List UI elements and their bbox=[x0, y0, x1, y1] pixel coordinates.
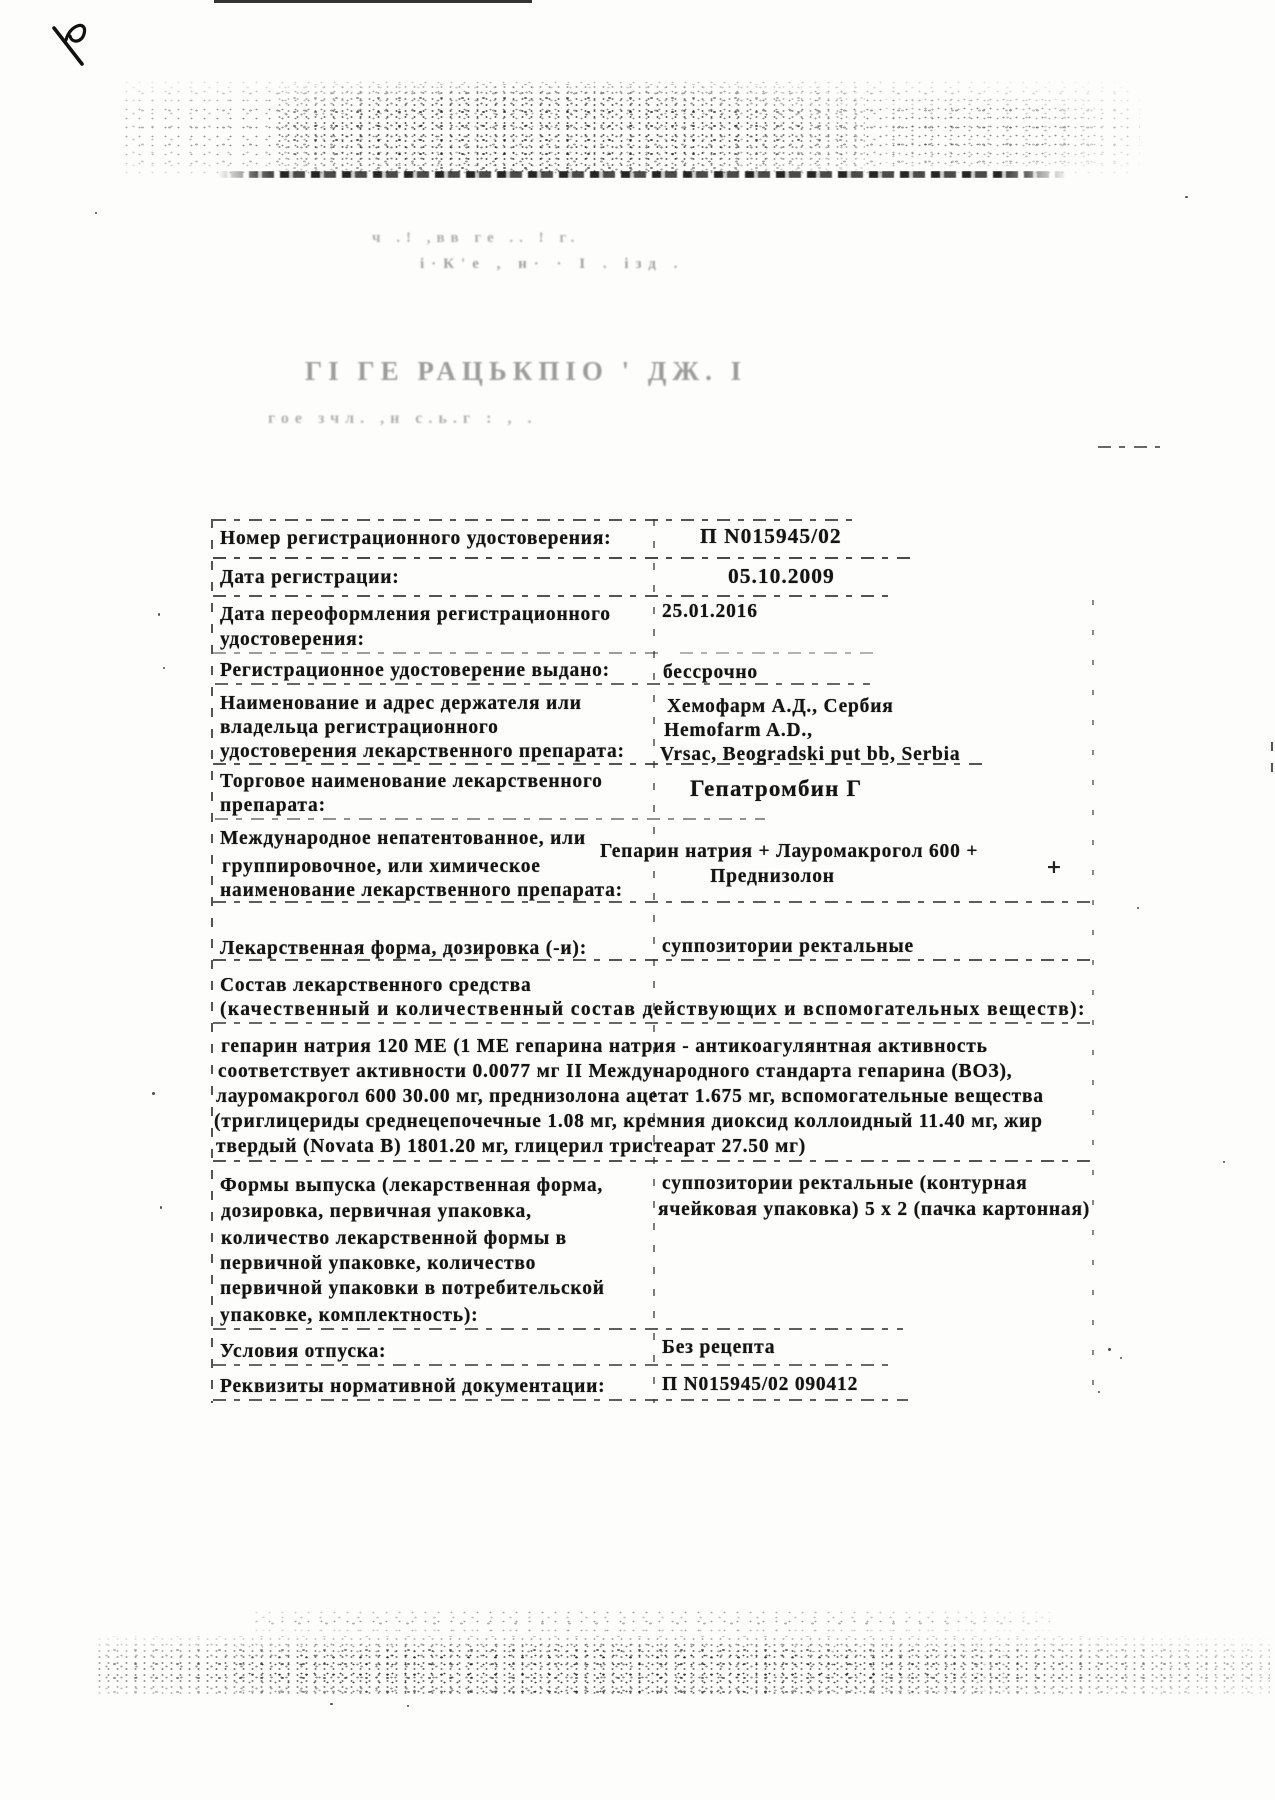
scan-speck bbox=[407, 1705, 409, 1707]
release-forms-value-line1: суппозитории ректальные (контурная bbox=[662, 1173, 1028, 1195]
scanned-registry-document: ч .! ,вв ге .. ! г. і·К'е , н· · І . ізд… bbox=[0, 0, 1275, 1800]
release-forms-label-line3: количество лекарственной формы в bbox=[221, 1228, 567, 1250]
reissue-date-label-line1: Дата переоформления регистрационного bbox=[220, 604, 611, 626]
faded-header-line-2: і·К'е , н· · І . ізд . bbox=[420, 256, 684, 273]
composition-body-line4: (триглицериды среднецепочечные 1.08 мг, … bbox=[214, 1111, 1043, 1133]
composition-body-line5: твердый (Novata B) 1801.20 мг, глицерил … bbox=[216, 1136, 806, 1158]
dispensing-label: Условия отпуска: bbox=[220, 1341, 386, 1363]
scan-speck bbox=[152, 1092, 155, 1095]
trade-name-label-line2: препарата: bbox=[220, 795, 326, 817]
inn-label-line3: наименование лекарственного препарата: bbox=[220, 880, 623, 902]
scan-speck bbox=[95, 212, 97, 214]
scan-speck bbox=[1108, 1348, 1111, 1351]
composition-body-line3: лауромакрогол 600 30.00 мг, преднизолона… bbox=[216, 1086, 1044, 1108]
scan-speck bbox=[330, 1703, 333, 1705]
faded-header-line-1: ч .! ,вв ге .. ! г. bbox=[372, 230, 580, 247]
scan-speck bbox=[158, 613, 160, 616]
row-separator bbox=[213, 1160, 1095, 1162]
holder-value-line3: Vrsac, Beogradski put bb, Serbia bbox=[660, 744, 960, 766]
composition-header-line2: (качественный и количественный состав де… bbox=[220, 999, 1086, 1021]
row-separator bbox=[213, 1022, 1098, 1024]
release-forms-label-line2: дозировка, первичная упаковка, bbox=[221, 1201, 532, 1223]
row-separator bbox=[213, 1399, 908, 1401]
scan-speck bbox=[1185, 196, 1188, 198]
trade-name-value: Гепатромбин Г bbox=[690, 776, 862, 802]
row-separator bbox=[213, 1328, 903, 1330]
row-separator bbox=[213, 1364, 893, 1366]
release-forms-label-line4: первичной упаковке, количество bbox=[220, 1253, 536, 1275]
holder-value-line1: Хемофарм А.Д., Сербия bbox=[667, 696, 894, 718]
scan-speck bbox=[160, 1206, 162, 1209]
scan-speck bbox=[1223, 1161, 1225, 1163]
inn-label-line2: группировочное, или химическое bbox=[222, 856, 541, 878]
row-separator bbox=[215, 818, 765, 820]
reg-number-label: Номер регистрационного удостоверения: bbox=[220, 528, 611, 550]
trade-name-label-line1: Торговое наименование лекарственного bbox=[220, 771, 603, 793]
holder-label-line2: владельца регистрационного bbox=[220, 717, 499, 739]
inn-label-line1: Международное непатентованное, или bbox=[220, 828, 586, 850]
stamp-noise-top-core bbox=[275, 84, 865, 172]
reg-date-label: Дата регистрации: bbox=[220, 567, 400, 589]
row-separator bbox=[680, 652, 880, 654]
composition-header-line1: Состав лекарственного средства bbox=[220, 975, 532, 997]
row-separator bbox=[213, 652, 663, 654]
reissue-date-value: 25.01.2016 bbox=[662, 601, 758, 623]
handwritten-checkmark bbox=[42, 14, 106, 72]
normative-docs-value: П N015945/02 090412 bbox=[662, 1374, 858, 1396]
illegible-print-noise-bottom-core bbox=[230, 1642, 1010, 1696]
release-forms-label-line1: Формы выпуска (лекарственная форма, bbox=[220, 1175, 603, 1197]
faded-header-line-4: гое зчл. ,н с.ь.г : , . bbox=[268, 410, 537, 428]
holder-label-line3: удостоверения лекарственного препарата: bbox=[220, 741, 625, 763]
scan-speck bbox=[1098, 1391, 1100, 1393]
issued-value: бессрочно bbox=[663, 662, 758, 684]
illegible-print-noise-bottom-sparse bbox=[250, 1608, 1050, 1632]
scan-speck bbox=[163, 667, 165, 669]
right-margin-dash bbox=[1271, 742, 1273, 772]
dosage-form-label: Лекарственная форма, дозировка (-и): bbox=[220, 938, 587, 960]
row-separator bbox=[213, 519, 853, 521]
table-right-border bbox=[1092, 600, 1094, 1403]
normative-docs-label: Реквизиты нормативной документации: bbox=[220, 1376, 605, 1398]
reg-number-value: П N015945/02 bbox=[700, 524, 842, 549]
release-forms-label-line5: первичной упаковки в потребительской bbox=[220, 1278, 605, 1300]
row-separator bbox=[213, 557, 913, 559]
scan-speck bbox=[1137, 907, 1139, 909]
stamp-noise-top-right bbox=[880, 95, 1100, 165]
inn-value-line1: Гепарин натрия + Лауромакрогол 600 + bbox=[600, 841, 945, 863]
scan-edge-artifact bbox=[214, 0, 532, 3]
inn-value-line2: Преднизолон bbox=[600, 866, 945, 888]
margin-dash bbox=[1098, 446, 1160, 448]
holder-value-line2: Hemofarm A.D., bbox=[664, 720, 813, 742]
dispensing-value: Без рецепта bbox=[662, 1337, 775, 1359]
row-separator bbox=[215, 683, 870, 685]
scan-speck bbox=[1120, 1357, 1122, 1359]
stray-plus-mark: + bbox=[1046, 856, 1062, 878]
reissue-date-label-line2: удостоверения: bbox=[220, 629, 365, 651]
row-separator bbox=[213, 595, 893, 597]
faded-document-title: ГІ ГЕ РАЦЬКПІО ' ДЖ. І bbox=[305, 356, 747, 387]
reg-date-value: 05.10.2009 bbox=[728, 564, 835, 589]
holder-label-line1: Наименование и адрес держателя или bbox=[220, 693, 582, 715]
release-forms-label-line6: упаковке, комплектность): bbox=[220, 1305, 478, 1327]
issued-label: Регистрационное удостоверение выдано: bbox=[220, 660, 610, 682]
release-forms-value-line2: ячейковая упаковка) 5 х 2 (пачка картонн… bbox=[658, 1199, 1090, 1221]
composition-body-line1: гепарин натрия 120 МЕ (1 МЕ гепарина нат… bbox=[221, 1036, 988, 1058]
composition-body-line2: соответствует активности 0.0077 мг II Ме… bbox=[218, 1061, 1013, 1083]
stamp-noise-underline bbox=[218, 171, 1068, 178]
dosage-form-value: суппозитории ректальные bbox=[662, 936, 914, 958]
